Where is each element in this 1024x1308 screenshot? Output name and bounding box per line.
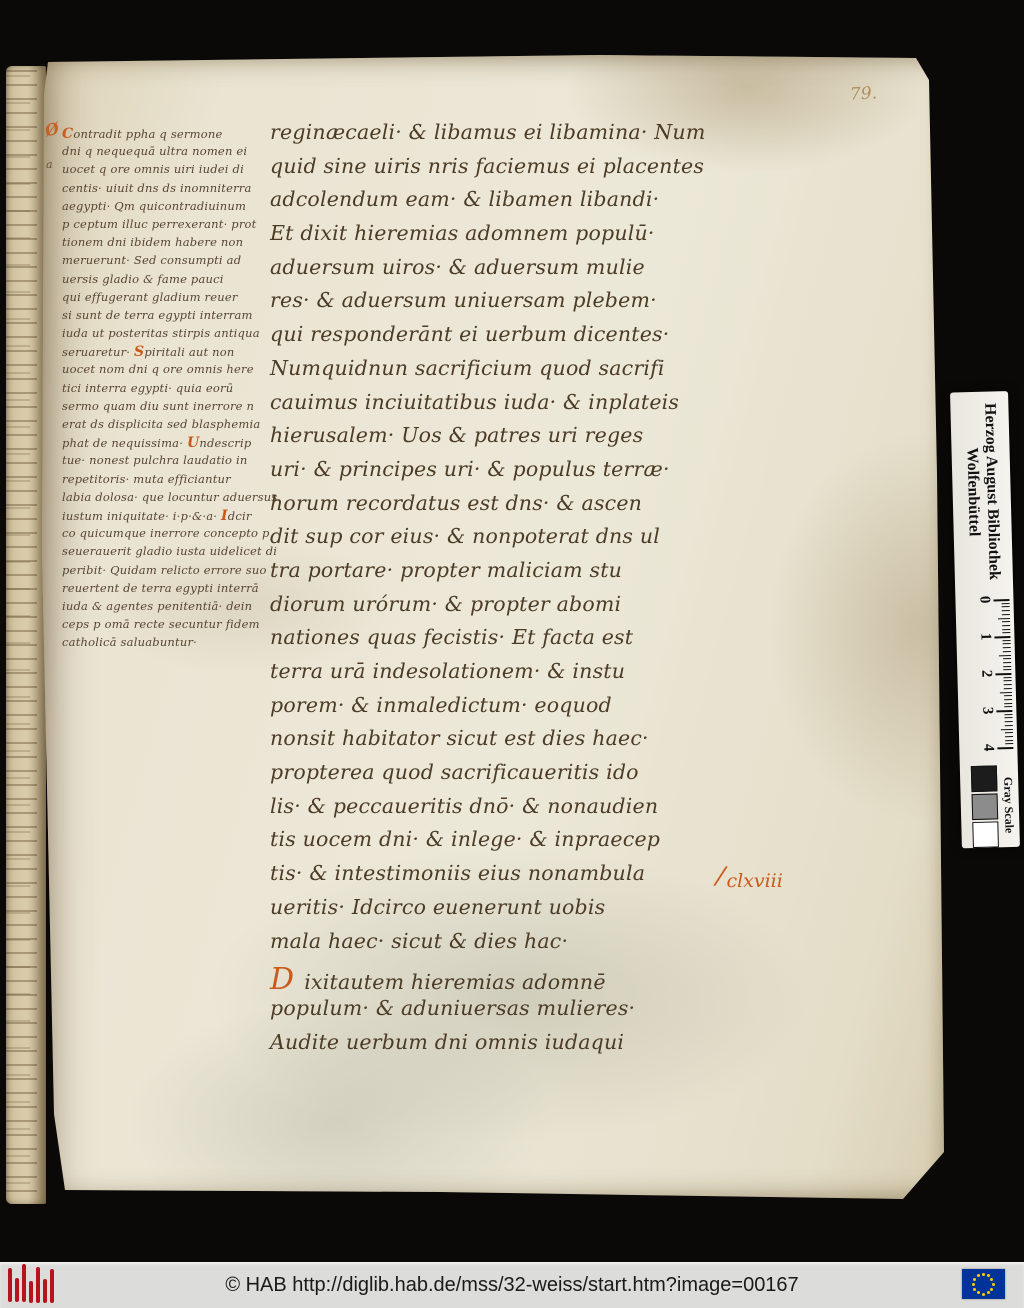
logo-bar xyxy=(29,1281,33,1303)
ruler-number: 4 xyxy=(979,744,996,752)
eu-star xyxy=(990,1288,993,1291)
gloss-line: dni q nequequā ultra nomen ei xyxy=(62,144,270,162)
ruler-tick xyxy=(1005,736,1013,737)
eu-star xyxy=(977,1274,980,1277)
manuscript-line: populum· & aduniuersas mulieres· xyxy=(270,996,720,1030)
gloss-line: seuerauerit gladio iusta uidelicet di xyxy=(62,544,270,562)
ruler-number: 1 xyxy=(976,633,993,641)
manuscript-line: hierusalem· Uos & patres uri reges xyxy=(270,423,720,457)
rubric-numeral: clxviii xyxy=(726,870,782,892)
ruler-tick xyxy=(1002,629,1010,630)
gloss-line: ceps p omā recte secuntur fidem xyxy=(62,617,270,635)
manuscript-line: diorum urórum· & propter abomi xyxy=(270,592,720,626)
eu-star xyxy=(972,1283,975,1286)
gloss-line: sermo quam diu sunt inerrore n xyxy=(62,399,270,417)
logo-bar xyxy=(15,1278,19,1302)
copyright-url-text: © HAB http://diglib.hab.de/mss/32-weiss/… xyxy=(225,1262,798,1308)
gloss-line: uocet nom dni q ore omnis here xyxy=(62,362,270,380)
manuscript-line: propterea quod sacrificaueritis ido xyxy=(270,760,720,794)
manuscript-line: tis uocem dni· & inlege· & inpraecep xyxy=(270,827,720,861)
manuscript-line: cauimus inciuitatibus iuda· & inplateis xyxy=(270,390,720,424)
eu-star xyxy=(973,1278,976,1281)
manuscript-line: tra portare· propter maliciam stu xyxy=(270,558,720,592)
gloss-line: uersis gladio & fame pauci xyxy=(62,272,270,290)
hab-red-bars-logo-icon xyxy=(8,1265,64,1305)
grayscale-swatch xyxy=(972,821,999,848)
eu-flag-icon xyxy=(962,1269,1005,1299)
ruler-tick xyxy=(1003,640,1011,641)
gloss-line: co quicumque inerrore concepto p xyxy=(62,526,270,544)
ruler-scale: 01234 xyxy=(955,591,1017,764)
gloss-margin-letter: a xyxy=(46,158,53,171)
ruler-tick xyxy=(1000,692,1012,693)
folio-number: 79. xyxy=(849,83,877,104)
gloss-line: tionem dni ibidem habere non xyxy=(62,235,270,253)
ruler-tick xyxy=(1002,614,1010,615)
footer-bar: © HAB http://diglib.hab.de/mss/32-weiss/… xyxy=(0,1262,1024,1308)
manuscript-line: tis· & intestimoniis eius nonambula xyxy=(270,861,720,895)
ruler-number: 3 xyxy=(978,707,995,715)
ruler-tick xyxy=(993,599,1009,601)
ruler-tick xyxy=(1003,658,1011,659)
library-name-line1: Herzog August Bibliothek xyxy=(980,391,1004,591)
eu-star xyxy=(990,1278,993,1281)
manuscript-line: nationes quas fecistis· Et facta est xyxy=(270,625,720,659)
ruler-tick xyxy=(1005,743,1013,744)
logo-bar xyxy=(22,1264,26,1302)
manuscript-line: lis· & peccaueritis dnō· & nonaudien xyxy=(270,794,720,828)
ruler-tick xyxy=(1004,684,1012,685)
gloss-line: iuda ut posteritas stirpis antiqua xyxy=(62,326,270,344)
manuscript-line: uri· & principes uri· & populus terræ· xyxy=(270,457,720,491)
ruler-number: 0 xyxy=(975,596,992,604)
ruler-tick xyxy=(1003,643,1011,644)
grayscale-swatch xyxy=(972,793,999,820)
gloss-line: repetitoris· muta efficiantur xyxy=(62,472,270,490)
gloss-paragraph-mark: Ø xyxy=(43,119,61,141)
manuscript-line: Numquidnun sacrificium quod sacrifi xyxy=(270,356,720,390)
ruler-tick xyxy=(1004,703,1012,704)
manuscript-line: adcolendum eam· & libamen libandi· xyxy=(270,187,720,221)
gloss-line: iustum iniquitate· i·p·&·a· Idcir xyxy=(62,508,270,526)
ruler-tick xyxy=(1002,625,1010,626)
eu-star xyxy=(982,1273,985,1276)
manuscript-line: porem· & inmaledictum· eoquod xyxy=(270,693,720,727)
ruler-tick xyxy=(999,655,1011,656)
gloss-line: erat ds displicita sed blasphemia xyxy=(62,417,270,435)
ruler-tick xyxy=(1001,728,1013,729)
measuring-strip: Herzog August Bibliothek Wolfenbüttel 01… xyxy=(950,391,1020,848)
gloss-line: tici interra egypti· quia eorū xyxy=(62,381,270,399)
gloss-line: peribit· Quidam relicto errore suo xyxy=(62,563,270,581)
eu-star xyxy=(973,1288,976,1291)
logo-bar xyxy=(50,1269,54,1303)
manuscript-line: ueritis· Idcirco euenerunt uobis xyxy=(270,895,720,929)
ruler-tick xyxy=(1005,740,1013,741)
manuscript-line: qui responderānt ei uerbum dicentes· xyxy=(270,322,720,356)
ruler-tick xyxy=(1004,699,1012,700)
manuscript-line: reginæcaeli· & libamus ei libamina· Num xyxy=(270,120,720,154)
logo-bar xyxy=(36,1267,40,1303)
main-text-column: reginæcaeli· & libamus ei libamina· Numq… xyxy=(270,120,720,1063)
gloss-line: p ceptum illuc perrexerant· prot xyxy=(62,217,270,235)
ruler-tick xyxy=(1004,680,1012,681)
manuscript-line: terra urā indesolationem· & instu xyxy=(270,659,720,693)
ruler-tick xyxy=(1004,706,1012,707)
rubricated-initial: S xyxy=(134,344,144,360)
ruler-tick xyxy=(1002,610,1010,611)
eu-star xyxy=(982,1293,985,1296)
logo-bar xyxy=(43,1279,47,1303)
manuscript-line: mala haec· sicut & dies hac· xyxy=(270,929,720,963)
ruler-tick xyxy=(994,636,1010,638)
ruler-tick xyxy=(1002,603,1010,604)
ruler-tick xyxy=(1003,651,1011,652)
ruler-tick xyxy=(1002,621,1010,622)
grayscale-label: Gray Scale xyxy=(1000,763,1017,847)
ruler-tick xyxy=(996,710,1012,712)
manuscript-line: nonsit habitator sicut est dies haec· xyxy=(270,726,720,760)
manuscript-line: Et dixit hieremias adomnem populū· xyxy=(270,221,720,255)
ruler-number: 2 xyxy=(977,670,994,678)
ruler-tick xyxy=(997,747,1013,749)
manuscript-line: horum recordatus est dns· & ascen xyxy=(270,491,720,525)
ruler-tick xyxy=(1003,647,1011,648)
gloss-line: qui effugerant gladium reuer xyxy=(62,290,270,308)
ruler-tick xyxy=(1003,669,1011,670)
ruler-tick xyxy=(1005,717,1013,718)
ruler-tick xyxy=(1003,677,1011,678)
gloss-line: uocet q ore omnis uiri iudei di xyxy=(62,162,270,180)
gloss-line: phat de nequissima· Undescrip xyxy=(62,435,270,453)
ruler-tick xyxy=(1003,666,1011,667)
manuscript-line: dit sup cor eius· & nonpoterat dns ul xyxy=(270,524,720,558)
ruler-tick xyxy=(1004,714,1012,715)
ruler-tick xyxy=(1005,725,1013,726)
eu-star xyxy=(987,1274,990,1277)
ruler-tick xyxy=(1002,632,1010,633)
grayscale-swatch xyxy=(971,765,998,792)
ruler-tick xyxy=(1005,732,1013,733)
grayscale-swatches xyxy=(971,765,999,848)
gloss-line: meruerunt· Sed consumpti ad xyxy=(62,253,270,271)
manuscript-page: 79. Ø a Contradit ppha q sermonedni q ne… xyxy=(40,54,946,1202)
ruler-tick xyxy=(1004,695,1012,696)
gloss-line: labia dolosa· que locuntur aduersus xyxy=(62,490,270,508)
manuscript-line: Audite uerbum dni omnis iudaqui xyxy=(270,1030,720,1064)
ruler-tick xyxy=(1005,721,1013,722)
gloss-line: catholicā saluabuntur· xyxy=(62,635,270,653)
gloss-line: reuertent de terra egypti interrā xyxy=(62,581,270,599)
grayscale-block: Gray Scale xyxy=(960,763,1020,848)
photo-background: 79. Ø a Contradit ppha q sermonedni q ne… xyxy=(0,0,1024,1308)
gloss-line: iuda & agentes penitentiā· dein xyxy=(62,599,270,617)
gloss-line: seruaretur· Spiritali aut non xyxy=(62,344,270,362)
rubric-slash-mark: / xyxy=(715,861,726,891)
ruler-tick xyxy=(1003,662,1011,663)
gloss-line: Contradit ppha q sermone xyxy=(62,126,270,144)
manuscript-line: quid sine uiris nris faciemus ei placent… xyxy=(270,154,720,188)
manuscript-line: aduersum uiros· & aduersum mulie xyxy=(270,255,720,289)
manuscript-line: res· & aduersum uniuersam plebem· xyxy=(270,288,720,322)
rubricated-initial: C xyxy=(62,126,73,142)
ruler-tick xyxy=(998,618,1010,619)
rubricated-initial: U xyxy=(187,435,199,451)
ruler-tick xyxy=(1002,606,1010,607)
eu-star xyxy=(987,1291,990,1294)
previous-page-fore-edge xyxy=(6,66,46,1204)
ruler-tick xyxy=(1004,688,1012,689)
logo-bar xyxy=(8,1268,12,1302)
gloss-line: centis· uiuit dns ds inomniterra xyxy=(62,181,270,199)
rubricated-initial: D xyxy=(270,962,294,997)
gloss-line: tue· nonest pulchra laudatio in xyxy=(62,453,270,471)
gloss-line: si sunt de terra egypti interram xyxy=(62,308,270,326)
library-name-label: Herzog August Bibliothek Wolfenbüttel xyxy=(950,391,1013,592)
chapter-numeral-rubric: /clxviii xyxy=(716,864,783,893)
ruler-tick xyxy=(995,673,1011,675)
marginal-gloss-column: Contradit ppha q sermonedni q nequequā u… xyxy=(62,126,270,653)
rubricated-initial: I xyxy=(221,508,228,524)
gloss-line: aegypti· Qm quicontradiuinum xyxy=(62,199,270,217)
manuscript-line: Dixitautem hieremias adomnē xyxy=(270,962,720,996)
eu-star xyxy=(992,1283,995,1286)
eu-star xyxy=(977,1291,980,1294)
